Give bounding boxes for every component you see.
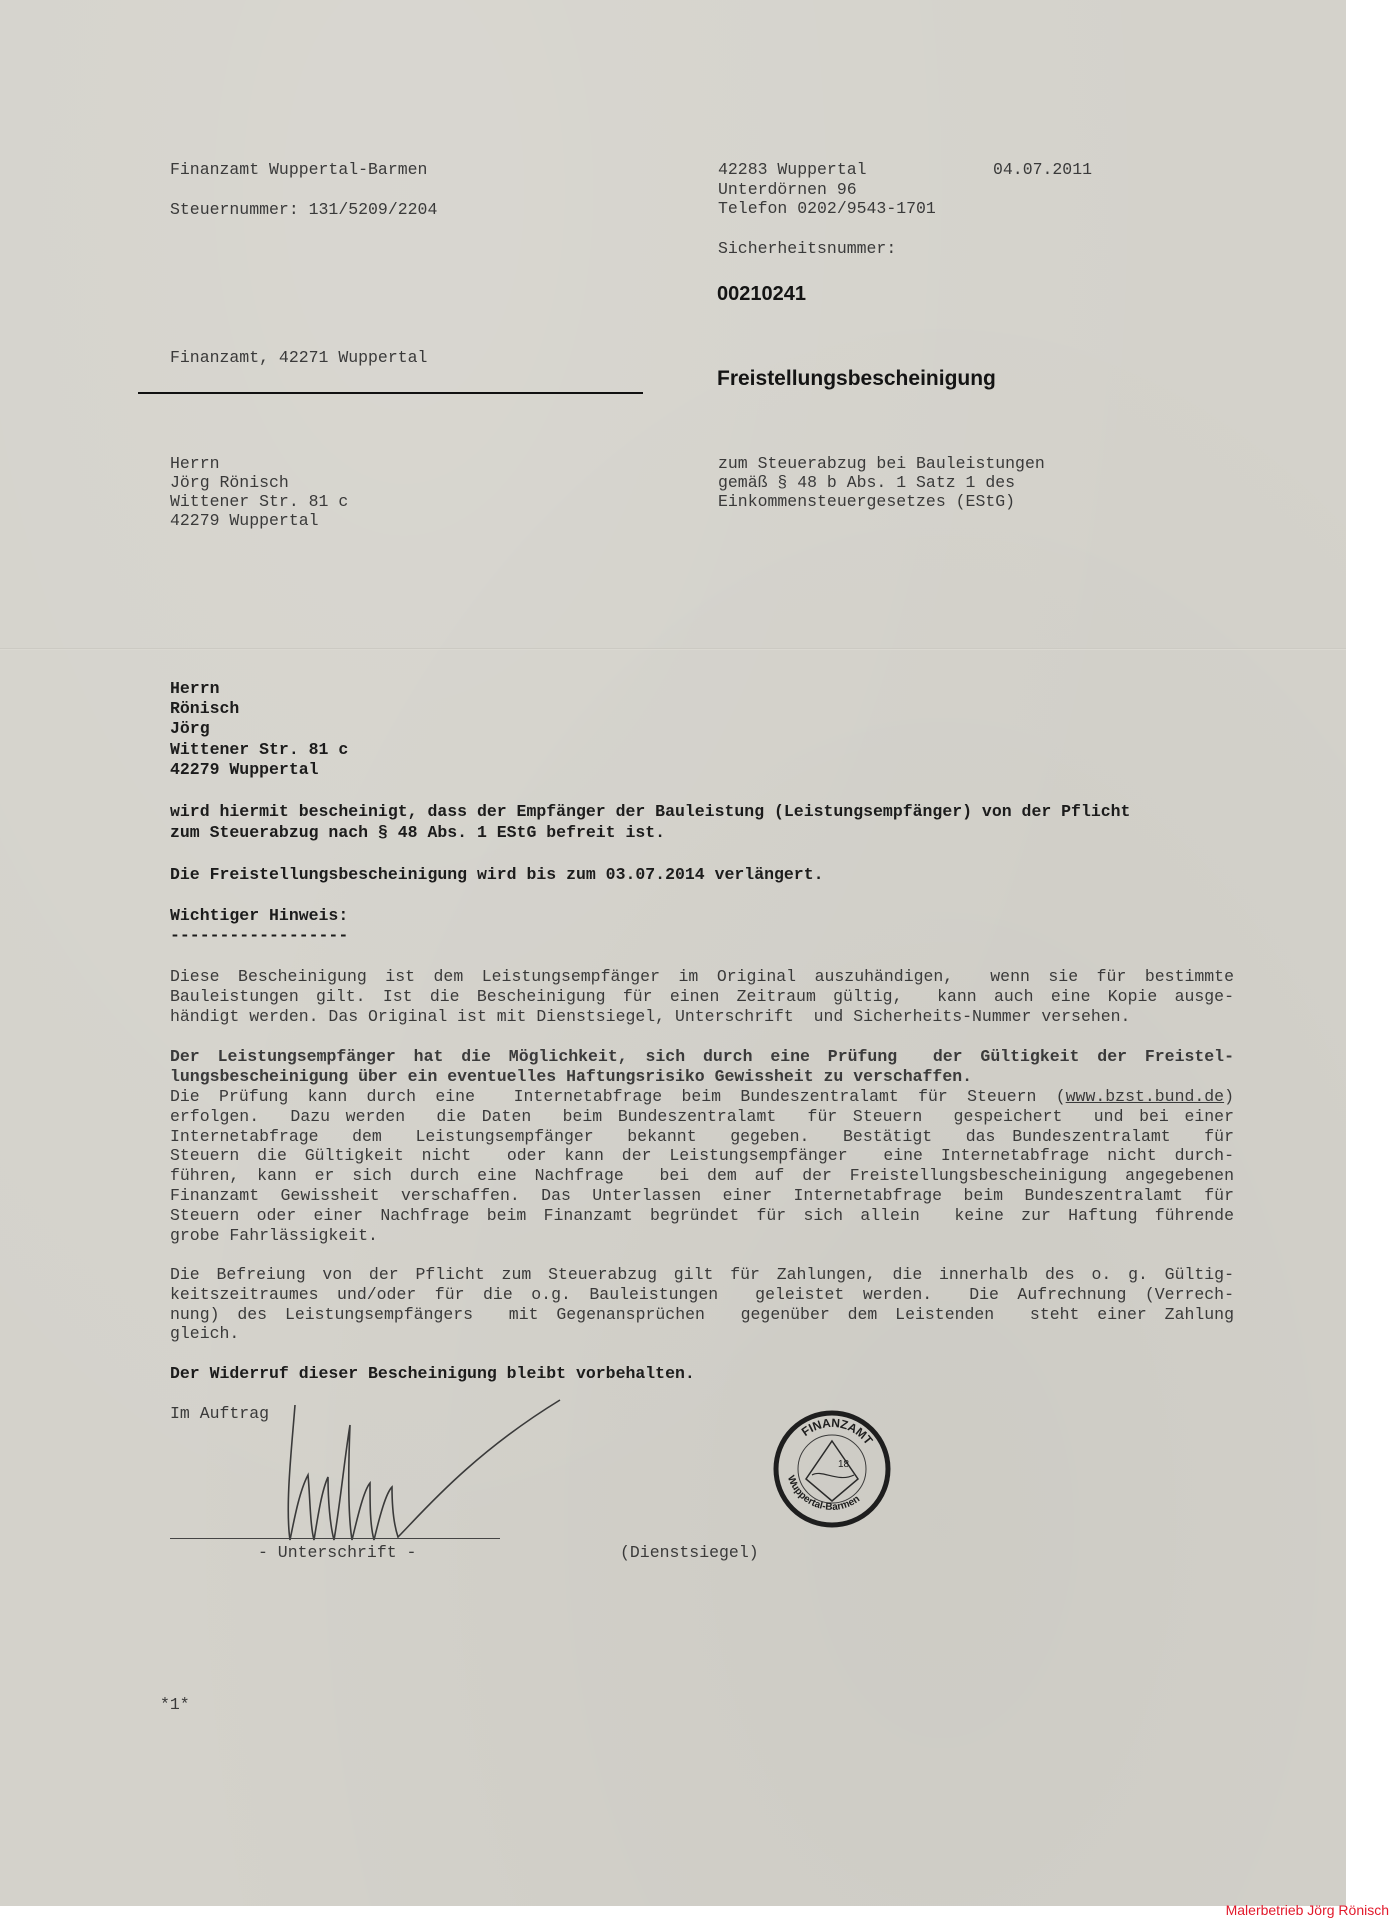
body-recipient-line: Jörg [170, 719, 210, 739]
bzst-link[interactable]: www.bzst.bund.de [1066, 1087, 1224, 1106]
certification-line: wird hiermit bescheinigt, dass der Empfä… [170, 802, 1130, 822]
paragraph-line: Der Leistungsempfänger hat die Möglichke… [170, 1047, 1234, 1067]
extension-statement: Die Freistellungsbescheinigung wird bis … [170, 865, 824, 885]
return-address: Finanzamt, 42271 Wuppertal [170, 348, 427, 368]
paragraph-line: Finanzamt Gewissheit verschaffen. Das Un… [170, 1186, 1234, 1206]
paper-fold [0, 648, 1346, 650]
body-recipient-line: Herrn [170, 679, 220, 699]
paragraph-line: händigt werden. Das Original ist mit Die… [170, 1007, 1234, 1027]
window-recipient-line: Jörg Rönisch [170, 473, 289, 493]
document-title: Freistellungsbescheinigung [717, 369, 996, 389]
paragraph-line: Die Befreiung von der Pflicht zum Steuer… [170, 1265, 1234, 1285]
paragraph-line: Die Prüfung kann durch eine Internetabfr… [170, 1087, 1234, 1107]
subtitle-line: Einkommensteuergesetzes (EStG) [718, 492, 1015, 512]
paragraph-line: lungsbescheinigung über ein eventuelles … [170, 1067, 1234, 1087]
paragraph-line: Steuern oder einer Nachfrage beim Finanz… [170, 1206, 1234, 1226]
notice-paragraph-internet: Die Prüfung kann durch eine Internetabfr… [170, 1087, 1234, 1245]
paragraph-line: führen, kann er sich durch eine Nachfrag… [170, 1166, 1234, 1186]
paragraph-line: keitszeitraumes und/oder für die o.g. Ba… [170, 1285, 1234, 1305]
notice-heading-underline: ------------------ [170, 926, 348, 946]
office-phone: Telefon 0202/9543-1701 [718, 199, 936, 219]
signature-scribble [270, 1395, 590, 1545]
office-address-line1: 42283 Wuppertal [718, 160, 867, 180]
certification-line: zum Steuerabzug nach § 48 Abs. 1 EStG be… [170, 823, 665, 843]
window-recipient-line: Wittener Str. 81 c [170, 492, 348, 512]
letter-date: 04.07.2011 [993, 160, 1092, 180]
notice-paragraph-verification: Der Leistungsempfänger hat die Möglichke… [170, 1047, 1234, 1087]
paragraph-line: grobe Fahrlässigkeit. [170, 1226, 1234, 1246]
signature-label: - Unterschrift - [258, 1543, 416, 1563]
security-number-label: Sicherheitsnummer: [718, 239, 896, 259]
window-recipient-line: 42279 Wuppertal [170, 511, 319, 531]
notice-paragraph-exemption: Die Befreiung von der Pflicht zum Steuer… [170, 1265, 1234, 1344]
notice-heading: Wichtiger Hinweis: [170, 906, 348, 926]
paragraph-line: nung) des Leistungsempfängers mit Gegena… [170, 1305, 1234, 1325]
seal-label: (Dienstsiegel) [620, 1543, 759, 1563]
on-behalf-label: Im Auftrag [170, 1404, 269, 1424]
paragraph-line: Steuern die Gültigkeit nicht oder kann d… [170, 1146, 1234, 1166]
body-recipient-line: 42279 Wuppertal [170, 760, 319, 780]
paragraph-line: Internetabfrage dem Leistungsempfänger b… [170, 1127, 1234, 1147]
body-recipient-line: Rönisch [170, 699, 239, 719]
official-seal-icon: FINANZAMT Wuppertal-Barmen 18 [772, 1409, 892, 1529]
subtitle-line: zum Steuerabzug bei Bauleistungen [718, 454, 1045, 474]
scanned-letter: Finanzamt Wuppertal-Barmen Steuernummer:… [0, 0, 1346, 1906]
signature-line [170, 1538, 500, 1539]
paragraph-line: Bauleistungen gilt. Ist die Bescheinigun… [170, 987, 1234, 1007]
svg-text:18: 18 [838, 1459, 850, 1470]
office-address-line2: Unterdörnen 96 [718, 180, 857, 200]
subtitle-line: gemäß § 48 b Abs. 1 Satz 1 des [718, 473, 1015, 493]
body-recipient-line: Wittener Str. 81 c [170, 740, 348, 760]
paragraph-line: gleich. [170, 1324, 1234, 1344]
window-recipient-line: Herrn [170, 454, 220, 474]
security-number: 00210241 [717, 285, 806, 305]
company-watermark: Malerbetrieb Jörg Rönisch [1226, 1902, 1389, 1918]
address-rule [138, 392, 643, 394]
revocation-notice: Der Widerruf dieser Bescheinigung bleibt… [170, 1364, 695, 1384]
notice-paragraph-original: Diese Bescheinigung ist dem Leistungsemp… [170, 967, 1234, 1026]
tax-number: Steuernummer: 131/5209/2204 [170, 200, 437, 220]
sender-office: Finanzamt Wuppertal-Barmen [170, 160, 427, 180]
page-marker: *1* [160, 1695, 190, 1715]
paragraph-line: Diese Bescheinigung ist dem Leistungsemp… [170, 967, 1234, 987]
paragraph-line: erfolgen. Dazu werden die Daten beim Bun… [170, 1107, 1234, 1127]
